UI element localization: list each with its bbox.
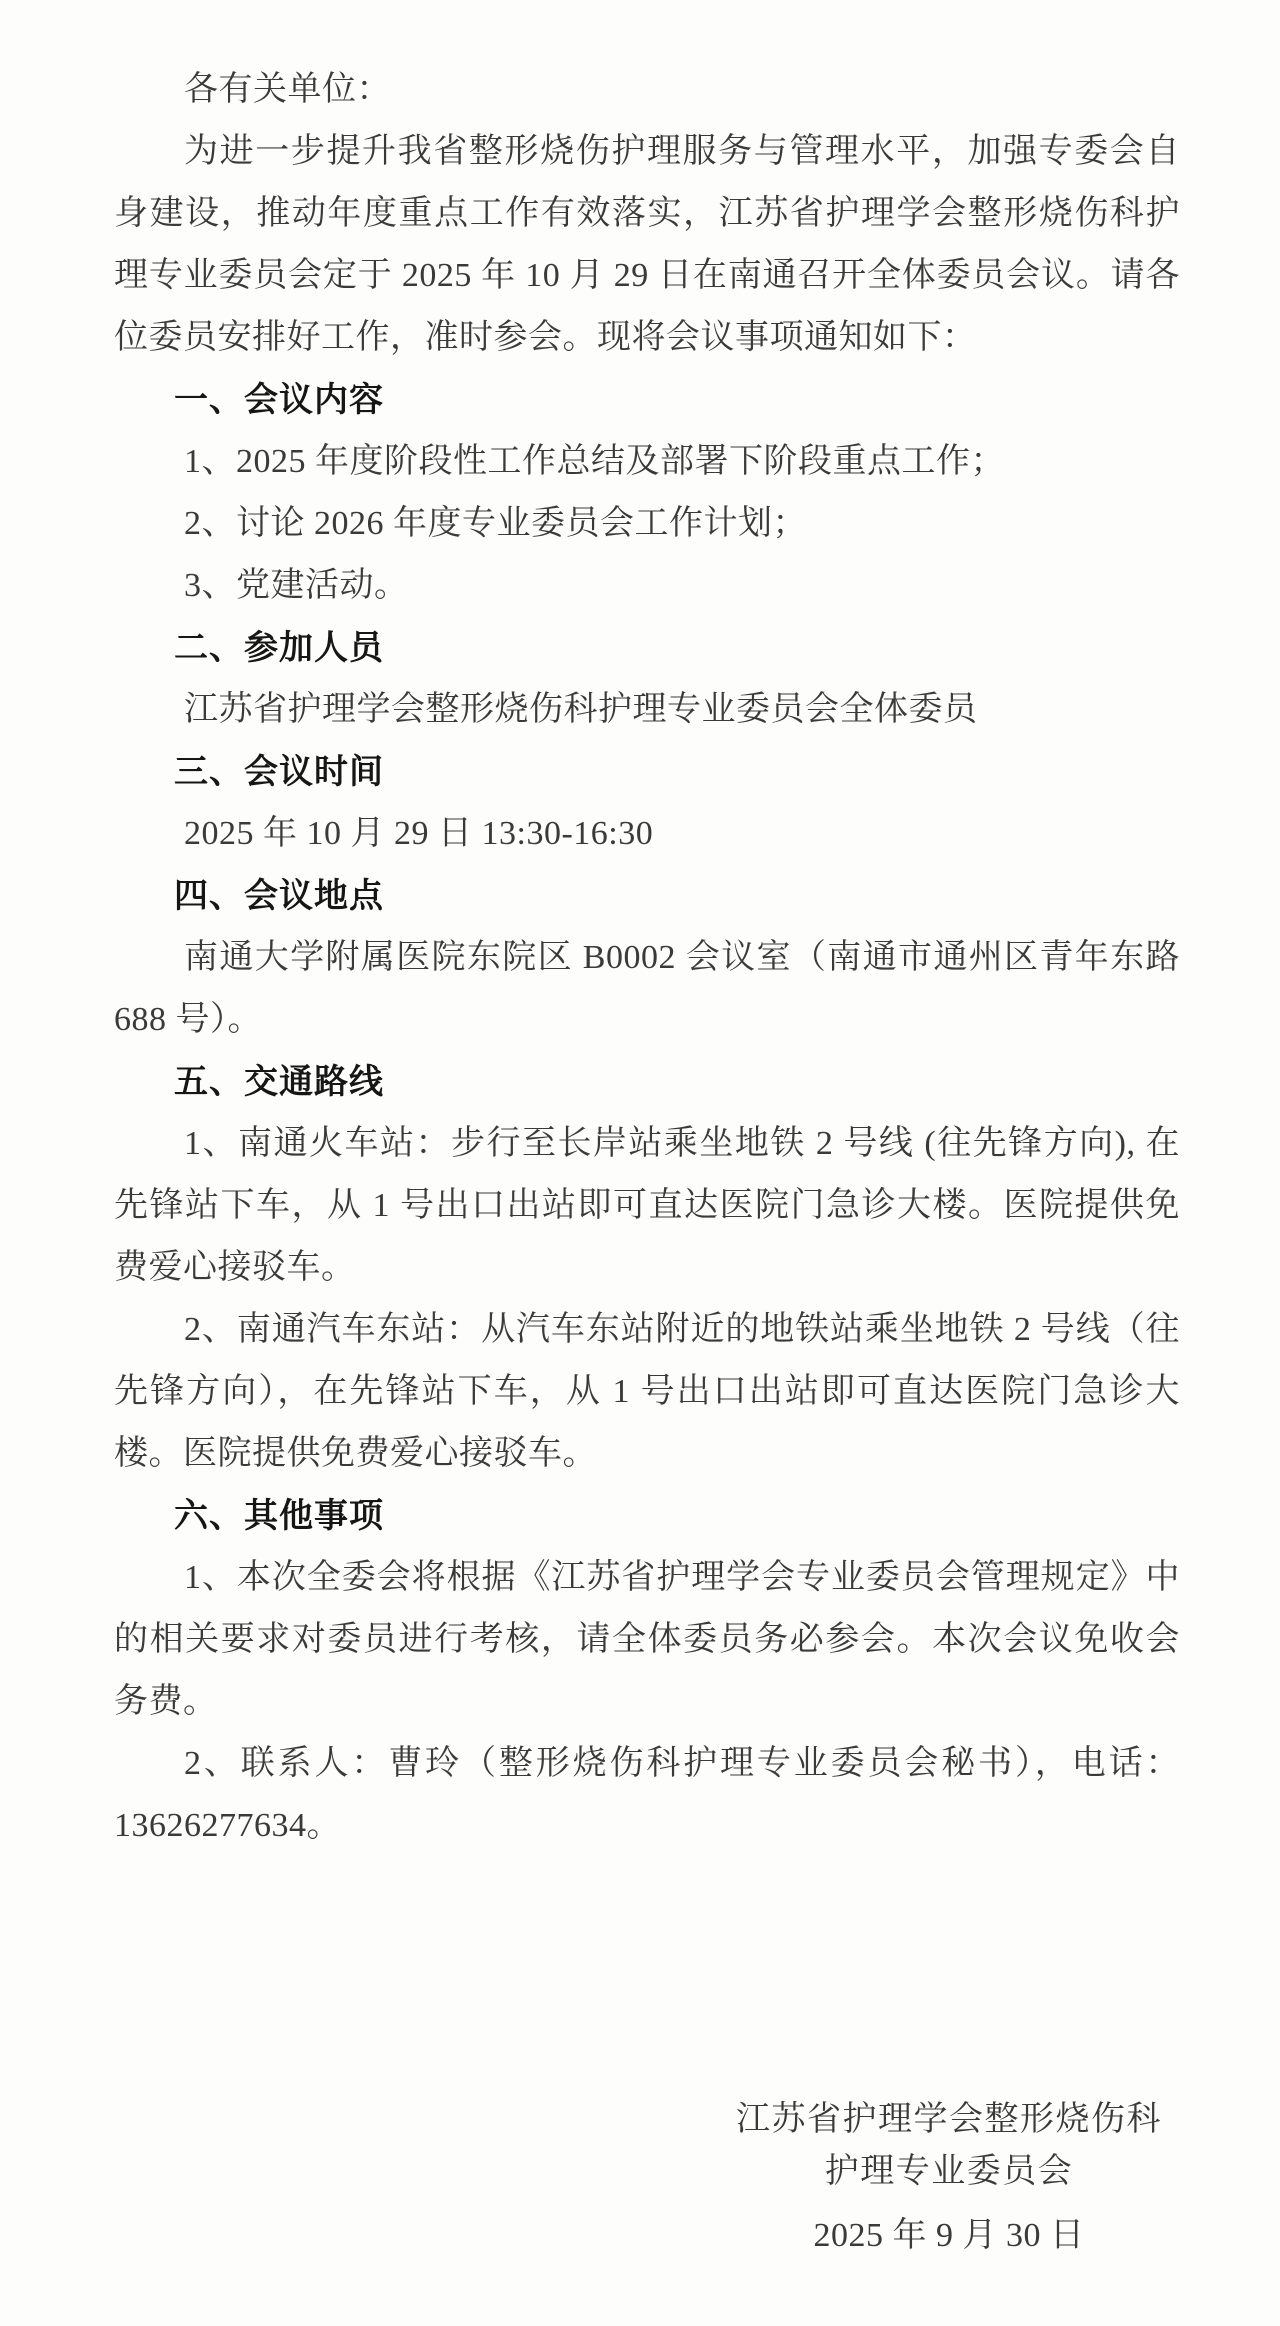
doc-line: 南通大学附属医院东院区 B0002 会议室（南通市通州区青年东路 bbox=[114, 927, 1180, 989]
doc-line: 688 号）。 bbox=[114, 989, 1180, 1051]
doc-line: 楼。医院提供免费爱心接驳车。 bbox=[114, 1423, 1180, 1485]
section-heading: 四、会议地点 bbox=[114, 865, 1180, 927]
section-heading: 二、参加人员 bbox=[114, 617, 1180, 679]
doc-line: 先锋站下车，从 1 号出口出站即可直达医院门急诊大楼。医院提供免 bbox=[114, 1175, 1180, 1237]
doc-line: 理专业委员会定于 2025 年 10 月 29 日在南通召开全体委员会议。请各 bbox=[114, 245, 1180, 307]
doc-line: 身建设，推动年度重点工作有效落实，江苏省护理学会整形烧伤科护 bbox=[114, 183, 1180, 245]
doc-line: 为进一步提升我省整形烧伤护理服务与管理水平，加强专委会自 bbox=[114, 121, 1180, 183]
section-heading: 六、其他事项 bbox=[114, 1485, 1180, 1547]
doc-line: 费爱心接驳车。 bbox=[114, 1237, 1180, 1299]
doc-line: 13626277634。 bbox=[114, 1795, 1180, 1857]
doc-line: 2、联系人：曹玲（整形烧伤科护理专业委员会秘书），电话： bbox=[114, 1733, 1180, 1795]
scanned-notice-page: 各有关单位：为进一步提升我省整形烧伤护理服务与管理水平，加强专委会自身建设，推动… bbox=[0, 0, 1280, 2326]
section-heading: 三、会议时间 bbox=[114, 741, 1180, 803]
doc-line: 各有关单位： bbox=[114, 59, 1180, 121]
doc-line: 先锋方向），在先锋站下车，从 1 号出口出站即可直达医院门急诊大 bbox=[114, 1361, 1180, 1423]
doc-line: 2025 年 10 月 29 日 13:30-16:30 bbox=[114, 803, 1180, 865]
doc-line: 的相关要求对委员进行考核，请全体委员务必参会。本次会议免收会 bbox=[114, 1609, 1180, 1671]
doc-line: 2、南通汽车东站：从汽车东站附近的地铁站乘坐地铁 2 号线（往 bbox=[114, 1299, 1180, 1361]
signature-date: 2025 年 9 月 30 日 bbox=[734, 2210, 1164, 2262]
doc-line: 1、南通火车站：步行至长岸站乘坐地铁 2 号线 (往先锋方向), 在 bbox=[114, 1113, 1180, 1175]
doc-line: 2、讨论 2026 年度专业委员会工作计划； bbox=[114, 493, 1180, 555]
doc-line: 江苏省护理学会整形烧伤科护理专业委员会全体委员 bbox=[114, 679, 1180, 741]
doc-line: 1、本次全委会将根据《江苏省护理学会专业委员会管理规定》中 bbox=[114, 1547, 1180, 1609]
signature-block: 江苏省护理学会整形烧伤科 护理专业委员会 2025 年 9 月 30 日 bbox=[734, 2094, 1164, 2262]
section-heading: 五、交通路线 bbox=[114, 1051, 1180, 1113]
notice-body: 各有关单位：为进一步提升我省整形烧伤护理服务与管理水平，加强专委会自身建设，推动… bbox=[0, 0, 1280, 2262]
section-heading: 一、会议内容 bbox=[114, 369, 1180, 431]
signature-org-line-1: 江苏省护理学会整形烧伤科 bbox=[734, 2094, 1164, 2146]
doc-line: 1、2025 年度阶段性工作总结及部署下阶段重点工作； bbox=[114, 431, 1180, 493]
notice-lines: 各有关单位：为进一步提升我省整形烧伤护理服务与管理水平，加强专委会自身建设，推动… bbox=[114, 59, 1180, 1857]
signature-org-line-2: 护理专业委员会 bbox=[734, 2146, 1164, 2198]
doc-line: 位委员安排好工作，准时参会。现将会议事项通知如下： bbox=[114, 307, 1180, 369]
doc-line: 3、党建活动。 bbox=[114, 555, 1180, 617]
doc-line: 务费。 bbox=[114, 1671, 1180, 1733]
